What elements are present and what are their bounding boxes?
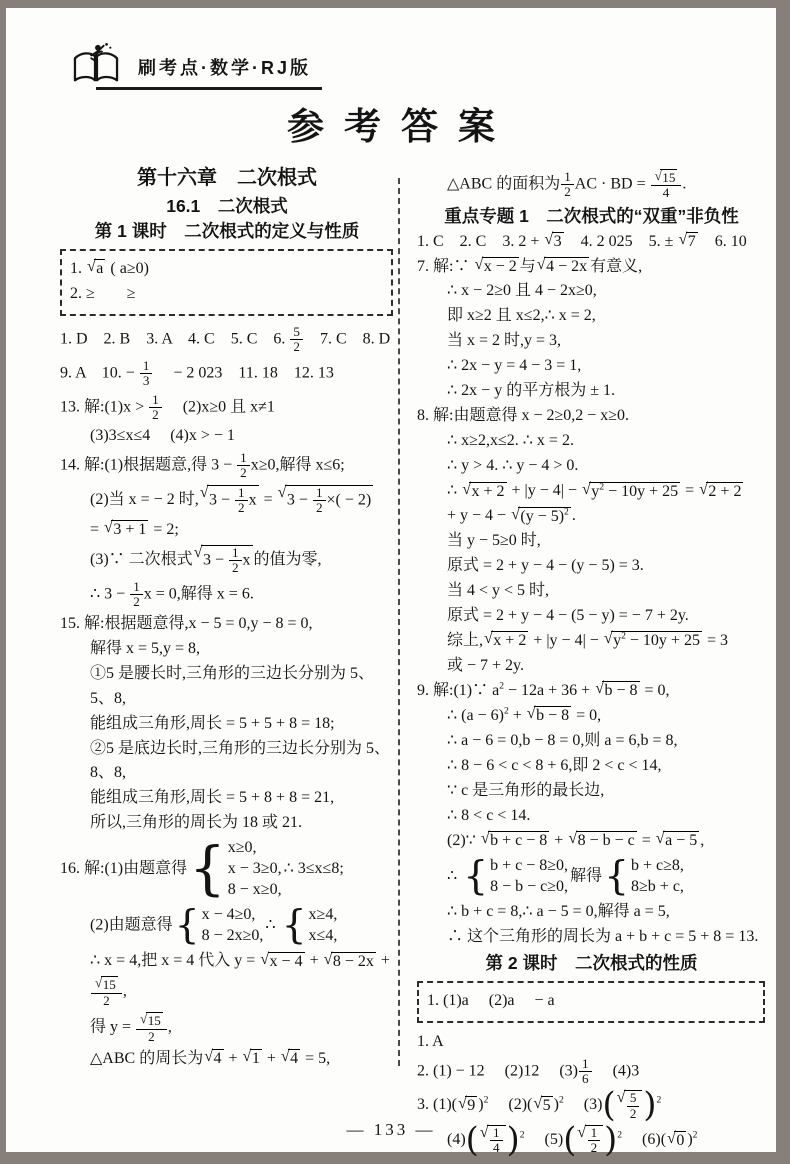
answer-line: ①5 是腰长时,三角形的三边长分别为 5、	[60, 664, 394, 684]
section-heading: 16.1 二次根式	[60, 195, 394, 217]
answer-line: 即 x≥2 且 x≤2,∴ x = 2,	[417, 306, 766, 326]
answer-line: ∴ 2x − y = 4 − 3 = 1,	[417, 356, 766, 376]
answer-line: 1. (1)a (2)a − a	[427, 991, 755, 1011]
answer-line: √152,	[60, 976, 394, 1008]
answer-line: 16. 解:(1)由题意得{x≥0,x − 3≥0,8 − x≥0,∴ 3≤x≤…	[60, 838, 394, 900]
answer-line: ∴ x≥2,x≤2. ∴ x = 2.	[417, 431, 766, 451]
answer-line: (3)∵ 二次根式√3 − 12x的值为零,	[60, 545, 394, 575]
answer-line: 8、8,	[60, 763, 394, 783]
answer-line: △ABC 的面积为12AC · BD = √154.	[417, 169, 766, 201]
answer-line: 2. ≥ ≥	[70, 284, 383, 304]
answer-line: ②5 是底边长时,三角形的三边长分别为 5、	[60, 739, 394, 759]
answer-line: 7. 解:∵ √x − 2与√4 − 2x有意义,	[417, 257, 766, 277]
answer-line: 13. 解:(1)x > 12 (2)x≥0 且 x≠1	[60, 393, 394, 422]
answer-line: 9. A 10. − 13 − 2 023 11. 18 12. 13	[60, 359, 394, 388]
answer-line: ∴ y > 4. ∴ y − 4 > 0.	[417, 456, 766, 476]
answer-line: 5、8,	[60, 689, 394, 709]
section-heading: 第 1 课时 二次根式的定义与性质	[60, 220, 394, 242]
workbook-page: 刷考点·数学·RJ版 参考答案 第十六章 二次根式16.1 二次根式第 1 课时…	[6, 8, 776, 1152]
page-header: 刷考点·数学·RJ版	[70, 42, 311, 86]
answer-line: 1. A	[417, 1032, 766, 1052]
answer-line: 能组成三角形,周长 = 5 + 5 + 8 = 18;	[60, 714, 394, 734]
answer-line: 当 y − 5≥0 时,	[417, 531, 766, 551]
answer-line: 1. C 2. C 3. 2 + √3 4. 2 025 5. ± √7 6. …	[417, 232, 766, 252]
page-number: — 133 —	[6, 1120, 776, 1140]
answer-line: 9. 解:(1)∵ a2 − 12a + 36 + √b − 8 = 0,	[417, 681, 766, 701]
section-heading: 重点专题 1 二次根式的“双重”非负性	[417, 205, 766, 227]
answer-line: △ABC 的周长为√4 + √1 + √4 = 5,	[60, 1049, 394, 1069]
answer-line: 14. 解:(1)根据题意,得 3 − 12x≥0,解得 x≤6;	[60, 451, 394, 480]
page-title: 参考答案	[6, 96, 776, 150]
answer-line: ∴ a − 6 = 0,b − 8 = 0,则 a = 6,b = 8,	[417, 731, 766, 751]
answer-line: 2. (1) − 12 (2)12 (3)16 (4)3	[417, 1057, 766, 1086]
answer-line: 所以,三角形的周长为 18 或 21.	[60, 813, 394, 833]
answer-line: ∴ √x + 2 + |y − 4| − √y2 − 10y + 25 = √2…	[417, 481, 766, 501]
answer-line: 1. √a ( a≥0)	[70, 259, 383, 279]
answer-line: (3)3≤x≤4 (4)x > − 1	[60, 426, 394, 446]
answer-line: 原式 = 2 + y − 4 − (5 − y) = − 7 + 2y.	[417, 606, 766, 626]
answer-line: ∴ b + c = 8,∴ a − 5 = 0,解得 a = 5,	[417, 902, 766, 922]
section-heading: 第 2 课时 二次根式的性质	[417, 952, 766, 974]
left-column: 第十六章 二次根式16.1 二次根式第 1 课时 二次根式的定义与性质1. √a…	[60, 164, 394, 1116]
answer-line: ∴ (a − 6)2 + √b − 8 = 0,	[417, 706, 766, 726]
answer-line: 3. (1)(√9)2 (2)(√5)2 (3)(√52)2	[417, 1090, 766, 1120]
dashed-answer-box: 1. (1)a (2)a − a	[417, 981, 765, 1022]
answer-line: 15. 解:根据题意得,x − 5 = 0,y − 8 = 0,	[60, 614, 394, 634]
header-rule	[96, 87, 322, 90]
right-column: △ABC 的面积为12AC · BD = √154.重点专题 1 二次根式的“双…	[405, 164, 766, 1116]
answer-line: 解得 x = 5,y = 8,	[60, 639, 394, 659]
answer-line: ∵ c 是三角形的最长边,	[417, 781, 766, 801]
answer-line: 得 y = √152,	[60, 1012, 394, 1044]
section-heading: 第十六章 二次根式	[60, 166, 394, 192]
answer-line: + y − 4 − √(y − 5)2.	[417, 506, 766, 526]
open-book-jumping-person-logo-icon	[70, 42, 122, 86]
answer-line: 或 − 7 + 2y.	[417, 656, 766, 676]
answer-line: ∴ 3 − 12x = 0,解得 x = 6.	[60, 580, 394, 609]
answer-line: ∴ 8 < c < 14.	[417, 806, 766, 826]
answer-line: ∴ 8 − 6 < c < 8 + 6,即 2 < c < 14,	[417, 756, 766, 776]
answer-line: (2)∵ √b + c − 8 + √8 − b − c = √a − 5,	[417, 831, 766, 851]
answer-line: 原式 = 2 + y − 4 − (y − 5) = 3.	[417, 556, 766, 576]
answer-line: (2)当 x = − 2 时,√3 − 12x = √3 − 12×( − 2)	[60, 485, 394, 515]
brand-title: 刷考点·数学·RJ版	[138, 54, 311, 86]
column-divider	[398, 178, 400, 1066]
answer-line: = √3 + 1 = 2;	[60, 520, 394, 540]
answer-line: (2)由题意得{x − 4≥0,8 − 2x≥0,∴ {x≥4,x≤4,	[60, 905, 394, 947]
answer-line: ∴ {b + c − 8≥0,8 − b − c≥0,解得{b + c≥8,8≥…	[417, 856, 766, 898]
answer-line: 8. 解:由题意得 x − 2≥0,2 − x≥0.	[417, 406, 766, 426]
answer-line: ∴ x − 2≥0 且 4 − 2x≥0,	[417, 281, 766, 301]
answer-line: 当 x = 2 时,y = 3,	[417, 331, 766, 351]
answer-line: ∴ 2x − y 的平方根为 ± 1.	[417, 381, 766, 401]
answer-line: ∴ x = 4,把 x = 4 代入 y = √x − 4 + √8 − 2x …	[60, 951, 394, 971]
answer-line: 1. D 2. B 3. A 4. C 5. C 6. 52 7. C 8. D	[60, 325, 394, 354]
answer-line: 综上,√x + 2 + |y − 4| − √y2 − 10y + 25 = 3	[417, 631, 766, 651]
answers-columns: 第十六章 二次根式16.1 二次根式第 1 课时 二次根式的定义与性质1. √a…	[60, 164, 766, 1116]
answer-line: 能组成三角形,周长 = 5 + 8 + 8 = 21,	[60, 788, 394, 808]
answer-line: 当 4 < y < 5 时,	[417, 581, 766, 601]
answer-line: ∴ 这个三角形的周长为 a + b + c = 5 + 8 = 13.	[417, 927, 766, 947]
dashed-answer-box: 1. √a ( a≥0)2. ≥ ≥	[60, 249, 393, 315]
